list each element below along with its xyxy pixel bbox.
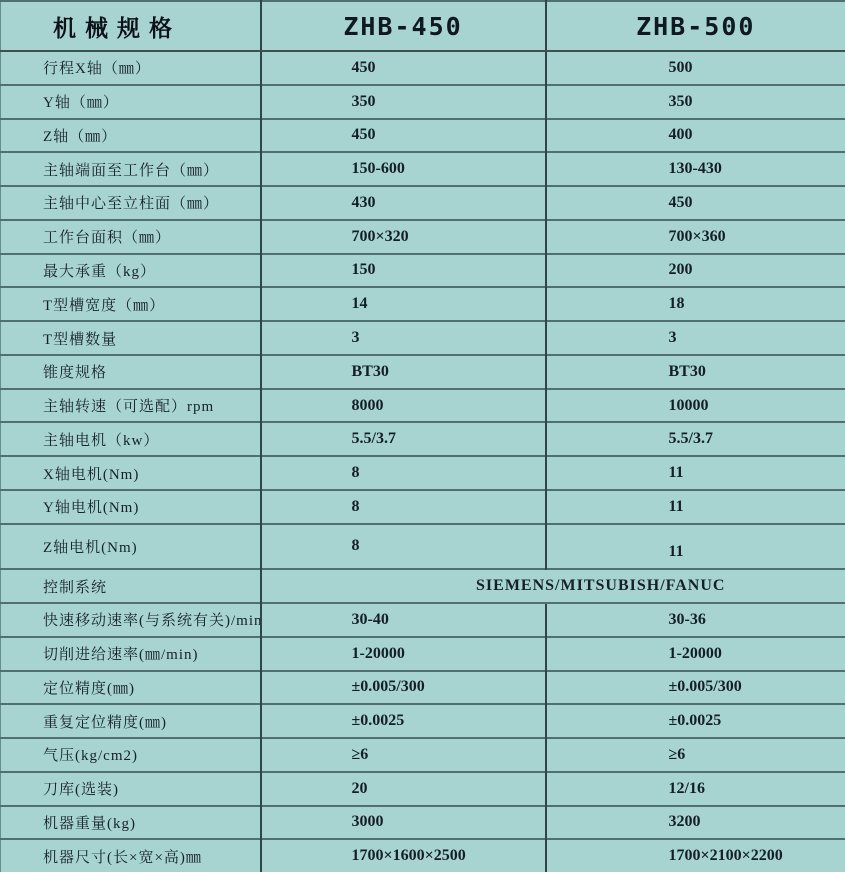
spec-label-cell: 主轴中心至立柱面（㎜） [1,186,261,220]
spec-row: 控制系统SIEMENS/MITSUBISH/FANUC [1,569,845,603]
spec-value-zhb500: 12/16 [546,772,845,806]
spec-label-cell: 主轴电机（kw） [1,422,261,456]
spec-label-cell: 机器重量(kg) [1,806,261,840]
spec-value-zhb450: BT30 [261,355,546,389]
spec-value-zhb500: BT30 [546,355,845,389]
spec-row: 主轴中心至立柱面（㎜）430450 [1,186,845,220]
spec-label-cell: 锥度规格 [1,355,261,389]
spec-value-zhb450: 450 [261,51,546,85]
spec-value-zhb500: ≥6 [546,738,845,772]
spec-row: 最大承重（kg）150200 [1,254,845,288]
spec-value-zhb450: 30-40 [261,603,546,637]
spec-row: 刀库(选装)2012/16 [1,772,845,806]
spec-label-cell: 最大承重（kg） [1,254,261,288]
spec-label-cell: 切削进给速率(㎜/min) [1,637,261,671]
machine-spec-table: 机械规格 ZHB-450 ZHB-500 行程X轴（㎜）450500Y轴（㎜）3… [0,0,845,872]
spec-label-cell: 刀库(选装) [1,772,261,806]
spec-value-zhb500: 700×360 [546,220,845,254]
spec-value-zhb500: 5.5/3.7 [546,422,845,456]
spec-value-zhb500: 11 [546,524,845,570]
spec-value-zhb450: 450 [261,119,546,153]
spec-row: 气压(kg/cm2)≥6≥6 [1,738,845,772]
spec-label-cell: 气压(kg/cm2) [1,738,261,772]
spec-row: Z轴（㎜）450400 [1,119,845,153]
spec-value-zhb450: ±0.005/300 [261,671,546,705]
spec-value-zhb500: 450 [546,186,845,220]
spec-value-zhb450: 430 [261,186,546,220]
spec-value-zhb450: 8 [261,490,546,524]
spec-row: 行程X轴（㎜）450500 [1,51,845,85]
spec-label-cell: 控制系统 [1,569,261,603]
spec-label-cell: T型槽宽度（㎜） [1,287,261,321]
spec-value-zhb450: 5.5/3.7 [261,422,546,456]
spec-value-zhb450: 3000 [261,806,546,840]
spec-value-zhb500: 130-430 [546,152,845,186]
spec-value-zhb500: 350 [546,85,845,119]
spec-title: 机械规格 [1,1,261,51]
spec-label-cell: Z轴（㎜） [1,119,261,153]
spec-value-zhb450: 350 [261,85,546,119]
spec-value-zhb500: 1-20000 [546,637,845,671]
spec-value-zhb450: 8000 [261,389,546,423]
spec-value-zhb450: ±0.0025 [261,704,546,738]
spec-label-cell: T型槽数量 [1,321,261,355]
spec-label-cell: 定位精度(㎜) [1,671,261,705]
spec-table-body: 行程X轴（㎜）450500Y轴（㎜）350350Z轴（㎜）450400主轴端面至… [1,51,845,872]
spec-value-zhb450: 8 [261,456,546,490]
spec-label-cell: 行程X轴（㎜） [1,51,261,85]
spec-value-zhb500: 3 [546,321,845,355]
spec-value-zhb500: 18 [546,287,845,321]
spec-row: Y轴电机(Nm)811 [1,490,845,524]
spec-label-cell: X轴电机(Nm) [1,456,261,490]
model-column-zhb450: ZHB-450 [261,1,546,51]
spec-label-cell: Y轴（㎜） [1,85,261,119]
model-column-zhb500: ZHB-500 [546,1,845,51]
spec-value-zhb450: ≥6 [261,738,546,772]
spec-row: 快速移动速率(与系统有关)/min30-4030-36 [1,603,845,637]
spec-label-cell: Y轴电机(Nm) [1,490,261,524]
spec-label-cell: 重复定位精度(㎜) [1,704,261,738]
spec-value-zhb450: 150-600 [261,152,546,186]
spec-row: 锥度规格BT30BT30 [1,355,845,389]
spec-value-zhb450: 1700×1600×2500 [261,839,546,872]
spec-value-zhb500: 200 [546,254,845,288]
spec-table-header: 机械规格 ZHB-450 ZHB-500 [1,1,845,51]
spec-merged-value-cell: SIEMENS/MITSUBISH/FANUC [261,569,845,603]
spec-value-zhb450: 8 [261,524,546,570]
spec-row: 主轴转速（可选配）rpm800010000 [1,389,845,423]
spec-value-zhb500: ±0.005/300 [546,671,845,705]
spec-value-zhb450: 150 [261,254,546,288]
spec-row: 机器尺寸(长×宽×高)㎜1700×1600×25001700×2100×2200 [1,839,845,872]
spec-value-zhb450: 20 [261,772,546,806]
spec-label-cell: Z轴电机(Nm) [1,524,261,570]
spec-value-zhb500: 3200 [546,806,845,840]
spec-row: 重复定位精度(㎜)±0.0025±0.0025 [1,704,845,738]
spec-value-zhb450: 3 [261,321,546,355]
spec-label-cell: 工作台面积（㎜） [1,220,261,254]
spec-row: 工作台面积（㎜）700×320700×360 [1,220,845,254]
spec-row: T型槽数量33 [1,321,845,355]
spec-value-zhb450: 1-20000 [261,637,546,671]
spec-value-zhb500: 11 [546,490,845,524]
spec-row: 切削进给速率(㎜/min)1-200001-20000 [1,637,845,671]
spec-value-zhb500: 11 [546,456,845,490]
spec-value-zhb450: 700×320 [261,220,546,254]
spec-value-zhb500: 1700×2100×2200 [546,839,845,872]
spec-row: 主轴电机（kw）5.5/3.75.5/3.7 [1,422,845,456]
spec-label-cell: 主轴端面至工作台（㎜） [1,152,261,186]
spec-label-cell: 机器尺寸(长×宽×高)㎜ [1,839,261,872]
spec-row: Y轴（㎜）350350 [1,85,845,119]
spec-row: 机器重量(kg)30003200 [1,806,845,840]
spec-row: Z轴电机(Nm)811 [1,524,845,570]
spec-value-zhb450: 14 [261,287,546,321]
spec-value-zhb500: 10000 [546,389,845,423]
spec-label-cell: 主轴转速（可选配）rpm [1,389,261,423]
spec-row: X轴电机(Nm)811 [1,456,845,490]
spec-row: T型槽宽度（㎜）1418 [1,287,845,321]
spec-label-cell: 快速移动速率(与系统有关)/min [1,603,261,637]
spec-value-zhb500: 30-36 [546,603,845,637]
spec-value-zhb500: 400 [546,119,845,153]
header-row: 机械规格 ZHB-450 ZHB-500 [1,1,845,51]
spec-value-zhb500: ±0.0025 [546,704,845,738]
spec-row: 定位精度(㎜)±0.005/300±0.005/300 [1,671,845,705]
spec-value-zhb500: 500 [546,51,845,85]
spec-row: 主轴端面至工作台（㎜）150-600130-430 [1,152,845,186]
